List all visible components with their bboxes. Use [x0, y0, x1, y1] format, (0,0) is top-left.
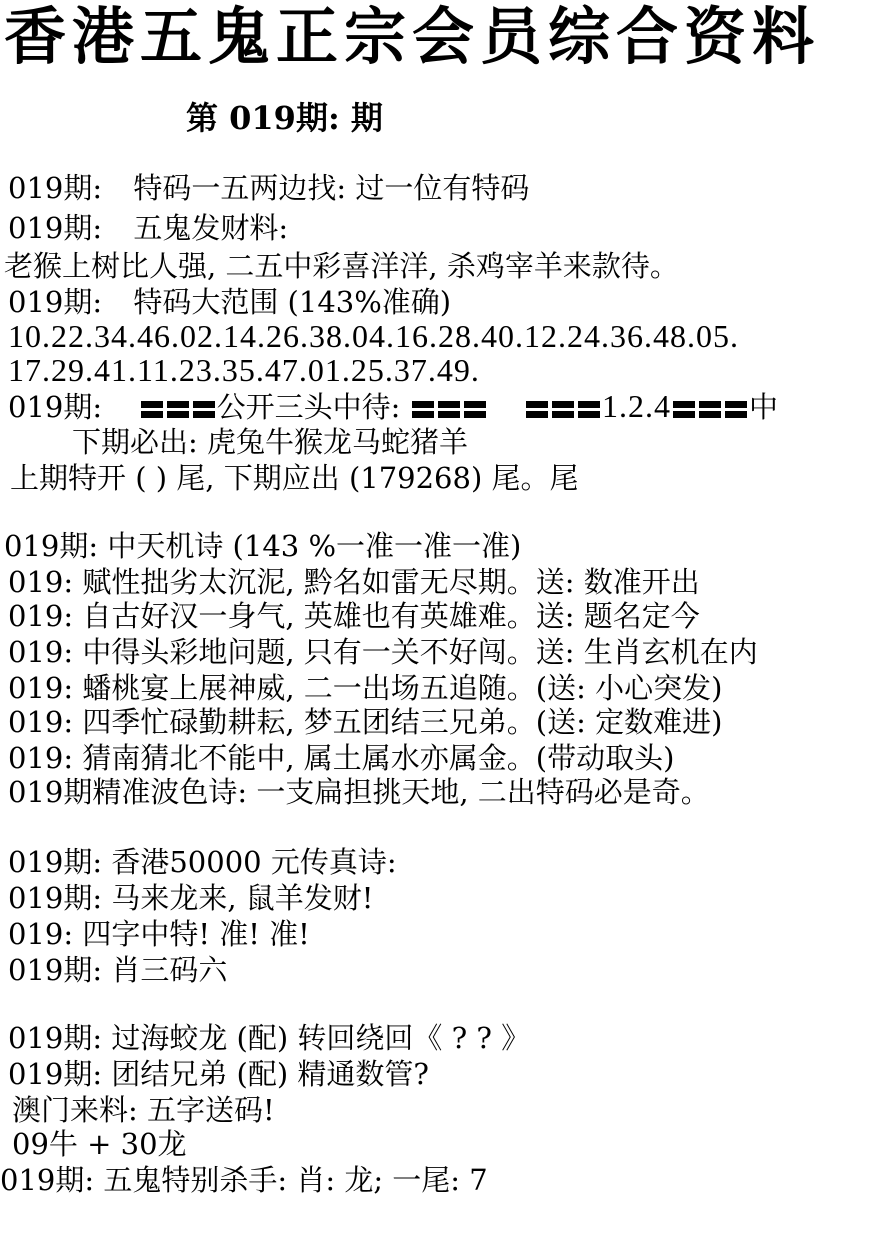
tema-numbers-line-1: 10.22.34.46.02.14.26.38.04.16.28.40.12.2… — [8, 318, 739, 354]
issue-prefix: 019期: — [8, 285, 102, 319]
tianji-line: 019: 四季忙碌勤耕耘, 梦五团结三兄弟。(送: 定数难进) — [8, 704, 722, 740]
tianji-line: 019: 猜南猜北不能中, 属土属水亦属金。(带动取头) — [8, 740, 674, 776]
wugui-facai-label: 五鬼发财料: — [133, 211, 288, 245]
issue-prefix: 019期: — [8, 211, 102, 245]
fax-line: 019期: 肖三码六 — [8, 952, 227, 988]
tianji-line: 019: 中得头彩地问题, 只有一关不好闯。送: 生肖玄机在内 — [8, 634, 758, 670]
block-mark — [412, 401, 434, 418]
macau-numbers: 09牛 + 30龙 — [12, 1126, 187, 1162]
killer-line: 019期: 五鬼特别杀手: 肖: 龙; 一尾: 7 — [0, 1162, 488, 1198]
tianji-line: 019: 自古好汉一身气, 英雄也有英雄难。送: 题名定今 — [8, 598, 700, 634]
tema-edge-text: 特码一五两边找: 过一位有特码 — [133, 171, 529, 205]
block-mark — [578, 401, 600, 418]
macau-line: 澳门来料: 五字送码! — [12, 1092, 275, 1128]
tema-range-label: 特码大范围 (143%准确) — [133, 285, 451, 319]
fax-line: 019期: 马来龙来, 鼠羊发财! — [8, 880, 373, 916]
block-mark — [725, 401, 747, 418]
tianji-line: 019: 蟠桃宴上展神威, 二一出场五追随。(送: 小心突发) — [8, 670, 722, 706]
block-mark — [438, 401, 460, 418]
tema-numbers-line-2: 17.29.41.11.23.35.47.01.25.37.49. — [8, 352, 480, 388]
santou-value: 1.2.4 — [602, 388, 671, 424]
block-mark — [673, 401, 695, 418]
block-mark — [526, 401, 548, 418]
block-mark — [193, 401, 215, 418]
wugui-facai-heading: 019期: 五鬼发财料: — [8, 210, 288, 246]
issue-prefix: 019期: — [8, 171, 102, 205]
fax-line: 019: 四字中特! 准! 准! — [8, 916, 310, 952]
tianji-heading: 019期: 中天机诗 (143 %一准一准一准) — [4, 528, 521, 564]
tianji-line: 019: 赋性拙劣太沉泥, 黔名如雷无尽期。送: 数准开出 — [8, 564, 700, 600]
wave-color-poem: 019期精准波色诗: 一支扁担挑天地, 二出特码必是奇。 — [8, 774, 710, 810]
block-mark — [464, 401, 486, 418]
santou-line: 019期: 公开三头中待: 1.2.4中 — [8, 388, 778, 425]
fax-line: 019期: 香港50000 元传真诗: — [8, 844, 397, 880]
next-must-line: 下期必出: 虎兔牛猴龙马蛇猪羊 — [72, 424, 468, 460]
santou-suffix: 中 — [749, 390, 778, 424]
block-mark — [699, 401, 721, 418]
issue-number: 第 019期: 期 — [186, 98, 383, 138]
tail-line: 上期特开 ( ) 尾, 下期应出 (179268) 尾。尾 — [10, 460, 579, 496]
tema-edge-line: 019期: 特码一五两边找: 过一位有特码 — [8, 170, 529, 206]
pairing-line: 019期: 团结兄弟 (配) 精通数管? — [8, 1056, 429, 1092]
issue-prefix: 019期: — [8, 390, 102, 424]
next-must-zodiacs: 虎兔牛猴龙马蛇猪羊 — [207, 425, 468, 459]
block-mark — [167, 401, 189, 418]
wugui-facai-poem: 老猴上树比人强, 二五中彩喜洋洋, 杀鸡宰羊来款待。 — [4, 248, 679, 284]
next-must-label: 下期必出: — [72, 425, 198, 459]
block-mark — [552, 401, 574, 418]
page-title: 香港五鬼正宗会员综合资料 — [4, 2, 874, 72]
block-mark — [141, 401, 163, 418]
pairing-line: 019期: 过海蛟龙 (配) 转回绕回《 ? ? 》 — [8, 1020, 530, 1056]
santou-label: 公开三头中待: — [217, 390, 401, 424]
tema-range-heading: 019期: 特码大范围 (143%准确) — [8, 284, 451, 320]
